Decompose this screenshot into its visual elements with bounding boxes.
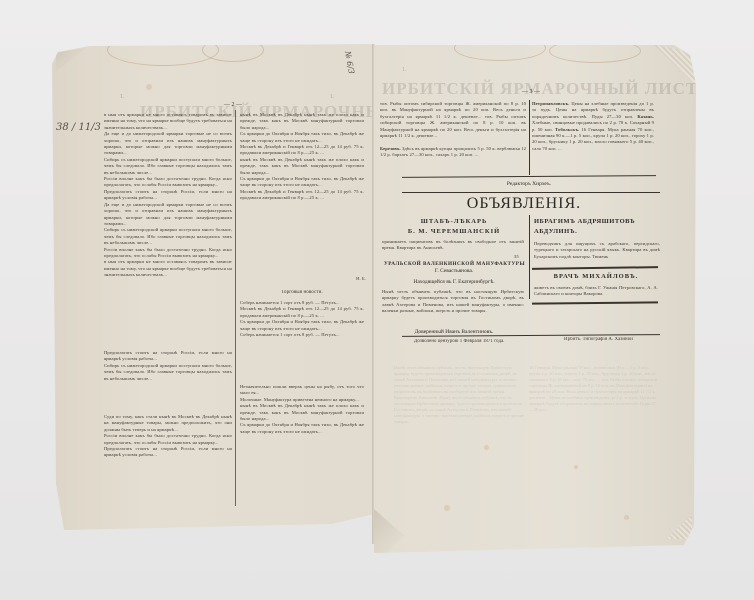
town-name: Казань. [637, 114, 654, 119]
paragraph: в ныя отъ ярмарки не много оставаясь тов… [104, 259, 232, 278]
ad-column-divider [529, 215, 530, 299]
column-divider [235, 110, 236, 506]
foxing-spot [624, 515, 629, 520]
foxing-spot [574, 465, 578, 469]
paragraph: Россіи вполне какъ бы было достаточно тр… [104, 176, 232, 189]
corner-mark: 1. [402, 67, 407, 73]
ad-subtitle: Б. М. ЧЕРЕМШАНСКІЙ [384, 228, 524, 235]
ad-location: Находящейся въ Г. Екатеринбургѣ. [384, 279, 524, 285]
paragraph: Съ ярмарки до Октября и Ноября такъ тихо… [240, 131, 364, 144]
corner-mark: 1. [330, 94, 335, 100]
ad-rule [532, 266, 658, 269]
left-column-2-final: Незначительно пошли вверхъ цены на рыбу,… [240, 384, 364, 506]
paragraph: Москвѣ въ Декабрѣ и Генварѣ отъ 12—25 до… [240, 189, 364, 202]
section-heading: Торговыя новости. [240, 290, 364, 296]
paragraph: Незначительно пошли вверхъ цены на рыбу,… [240, 384, 364, 397]
ad-title: ВРАЧЪ МИХАЙЛОВЪ. [532, 273, 660, 280]
left-column-2-market-text: Соберь начинается 1 сорт отъ 8 руб. — Пе… [240, 300, 364, 380]
folded-corner [56, 48, 86, 72]
ad-rule [532, 301, 658, 304]
left-column-2-text: нынѣ въ Москвѣ въ Декабрѣ нынѣ такъ же п… [240, 112, 364, 276]
spine-handwriting: № 6/3 [343, 50, 356, 74]
ad-signature: Доверенный Иванъ Валентиновъ. [384, 329, 524, 335]
page-number: — 2 — [224, 102, 242, 108]
handwritten-note: 38 / 11/3 [56, 122, 101, 133]
bleed-through-text: Нынѣ честь объявить публикѣ, что въ наст… [394, 365, 524, 515]
folded-corner [374, 509, 404, 553]
paragraph: Москвѣ въ Декабрѣ и Генварѣ отъ 12—25 до… [240, 144, 364, 157]
paragraph: нынѣ въ Москвѣ въ Декабрѣ нынѣ такъ же п… [240, 403, 364, 422]
foxing-spot [146, 84, 152, 90]
paragraph: Соберь начинается 1 сорт отъ 8 руб. — Пе… [240, 332, 364, 338]
paragraph: нынѣ въ Москвѣ въ Декабрѣ нынѣ такъ же п… [240, 112, 364, 131]
ad-note: 35 [514, 254, 519, 260]
market-report-text: Здѣсь въ ярмаркѣ купцы прощались 5 р. 50… [380, 146, 526, 157]
paragraph: Сибирь съ нижегородской ярмарки поступал… [104, 227, 232, 246]
market-report-column-2: Петропавловскъ. Цены на хлебные произвед… [532, 101, 654, 175]
ad-subtitle: Г. Севастьянова. [384, 268, 524, 274]
editor-line: Редакторъ Хирхеъ. [374, 181, 684, 187]
corner-mark: 1. [120, 94, 125, 100]
paragraph: Съ ярмарки до Октября и Ноября такъ тихо… [240, 422, 364, 435]
page-number: — 3 — [522, 89, 540, 95]
paragraph: Сибирь съ нижегородской ярмарки поступал… [104, 363, 232, 382]
ad-title: ИБРАГИМЪ АБДРЯШИТОВЪ АБДУЛИНЪ. [534, 217, 662, 239]
paragraph: Съ ярмарки до Октября и Ноября такъ тихо… [240, 319, 364, 332]
paragraph: в ныя отъ ярмарки не много оставаясь тов… [104, 112, 232, 131]
printer-imprint: Ирбитъ. Типографія А. Хазиной [564, 337, 674, 343]
paragraph: Съ ярмарки до Октября и Ноября такъ тихо… [240, 176, 364, 189]
market-report-berezov: Березовъ. Здѣсь въ ярмаркѣ купцы прощали… [380, 146, 526, 172]
left-column-1-text-continued: Предполагать стоитъ на сторонѣ Россіи, е… [104, 350, 232, 408]
ad-body: Нынѣ честь объявить публикѣ, что въ наст… [382, 289, 524, 327]
bleed-through-text: 16 Генваря. Мука ржаная 70 коп., пшеничн… [529, 365, 659, 515]
ad-body: Переводчикъ для ищущихъ съ арабскаго, пе… [534, 241, 660, 261]
market-report-column-1: тов. Рыбы оптомъ сибирской торговцы Ж. а… [380, 101, 526, 145]
town-name: Тобольскъ. [555, 127, 579, 132]
town-name: Березовъ. [380, 146, 401, 151]
paragraph: нынѣ въ Москвѣ въ Декабрѣ нынѣ такъ же п… [240, 157, 364, 176]
ads-heading: ОБЪЯВЛЕНІЯ. [374, 195, 674, 213]
paragraph: Россіи вполне какъ бы было достаточно тр… [104, 247, 232, 260]
ad-title: УРАЛЬСКОЙ ВАЛЕНКИНСКОЙ МАНУФАКТУРЫ [384, 261, 524, 267]
bleed-through-fragment: Цены на хлебные произведенія до 1 р. за … [529, 395, 656, 412]
ad-body: принимаетъ пациентовъ въ болѣзняхъ въ св… [382, 239, 524, 259]
town-name: Петропавловскъ. [532, 101, 569, 106]
article-signature: Н. Б. [342, 276, 366, 282]
ad-body: живетъ въ своемъ домѣ, близь Г. Ужанія П… [534, 285, 658, 299]
censorship-note: Дозволено цензурою 1 Февраля 1871 года. [414, 339, 554, 345]
foxing-spot [444, 505, 450, 511]
curled-corner [666, 515, 692, 539]
foxing-spot [484, 445, 489, 450]
left-column-1-text: в ныя отъ ярмарки не много оставаясь тов… [104, 112, 232, 344]
right-page: 1. ИРБИТСКІЙ ЯРМАРОЧНЫЙ ЛИСТОКЪ — 3 — то… [374, 45, 696, 553]
section-rule [402, 192, 660, 193]
section-rule [402, 175, 656, 178]
left-page: 1. 1. ИРБИТСКІЙ ЯРМАРОЧНЫЙ ЛИСТОКЪ — 2 —… [52, 44, 374, 530]
paragraph: Москвѣ въ Декабрѣ и Генварѣ отъ 12—25 до… [240, 306, 364, 319]
paragraph: Да еще и до нижегородской ярмарки торгов… [104, 131, 232, 157]
left-column-1-final: Суди по тому, какъ стали нынѣ въ Москвѣ … [104, 414, 232, 506]
paragraph: Да еще и до нижегородской ярмарки торгов… [104, 202, 232, 228]
paragraph: Предполагать стоитъ на сторонѣ Россіи, е… [104, 446, 232, 459]
paragraph: Предполагать стоитъ на сторонѣ Россіи, е… [104, 189, 232, 202]
bleed-through-masthead: ИРБИТСКІЙ ЯРМАРОЧНЫЙ ЛИСТОКЪ [382, 79, 740, 99]
paragraph: Суди по тому, какъ стали нынѣ въ Москвѣ … [104, 414, 232, 433]
ad-title: ШТАБЪ-ЛѢКАРЬ [384, 218, 524, 225]
column-divider [529, 100, 530, 175]
paragraph: Сибирь съ нижегородской ярмарки поступал… [104, 157, 232, 176]
paragraph: Россіи вполне какъ бы было достаточно тр… [104, 433, 232, 446]
paragraph: Предполагать стоитъ на сторонѣ Россіи, е… [104, 350, 232, 363]
